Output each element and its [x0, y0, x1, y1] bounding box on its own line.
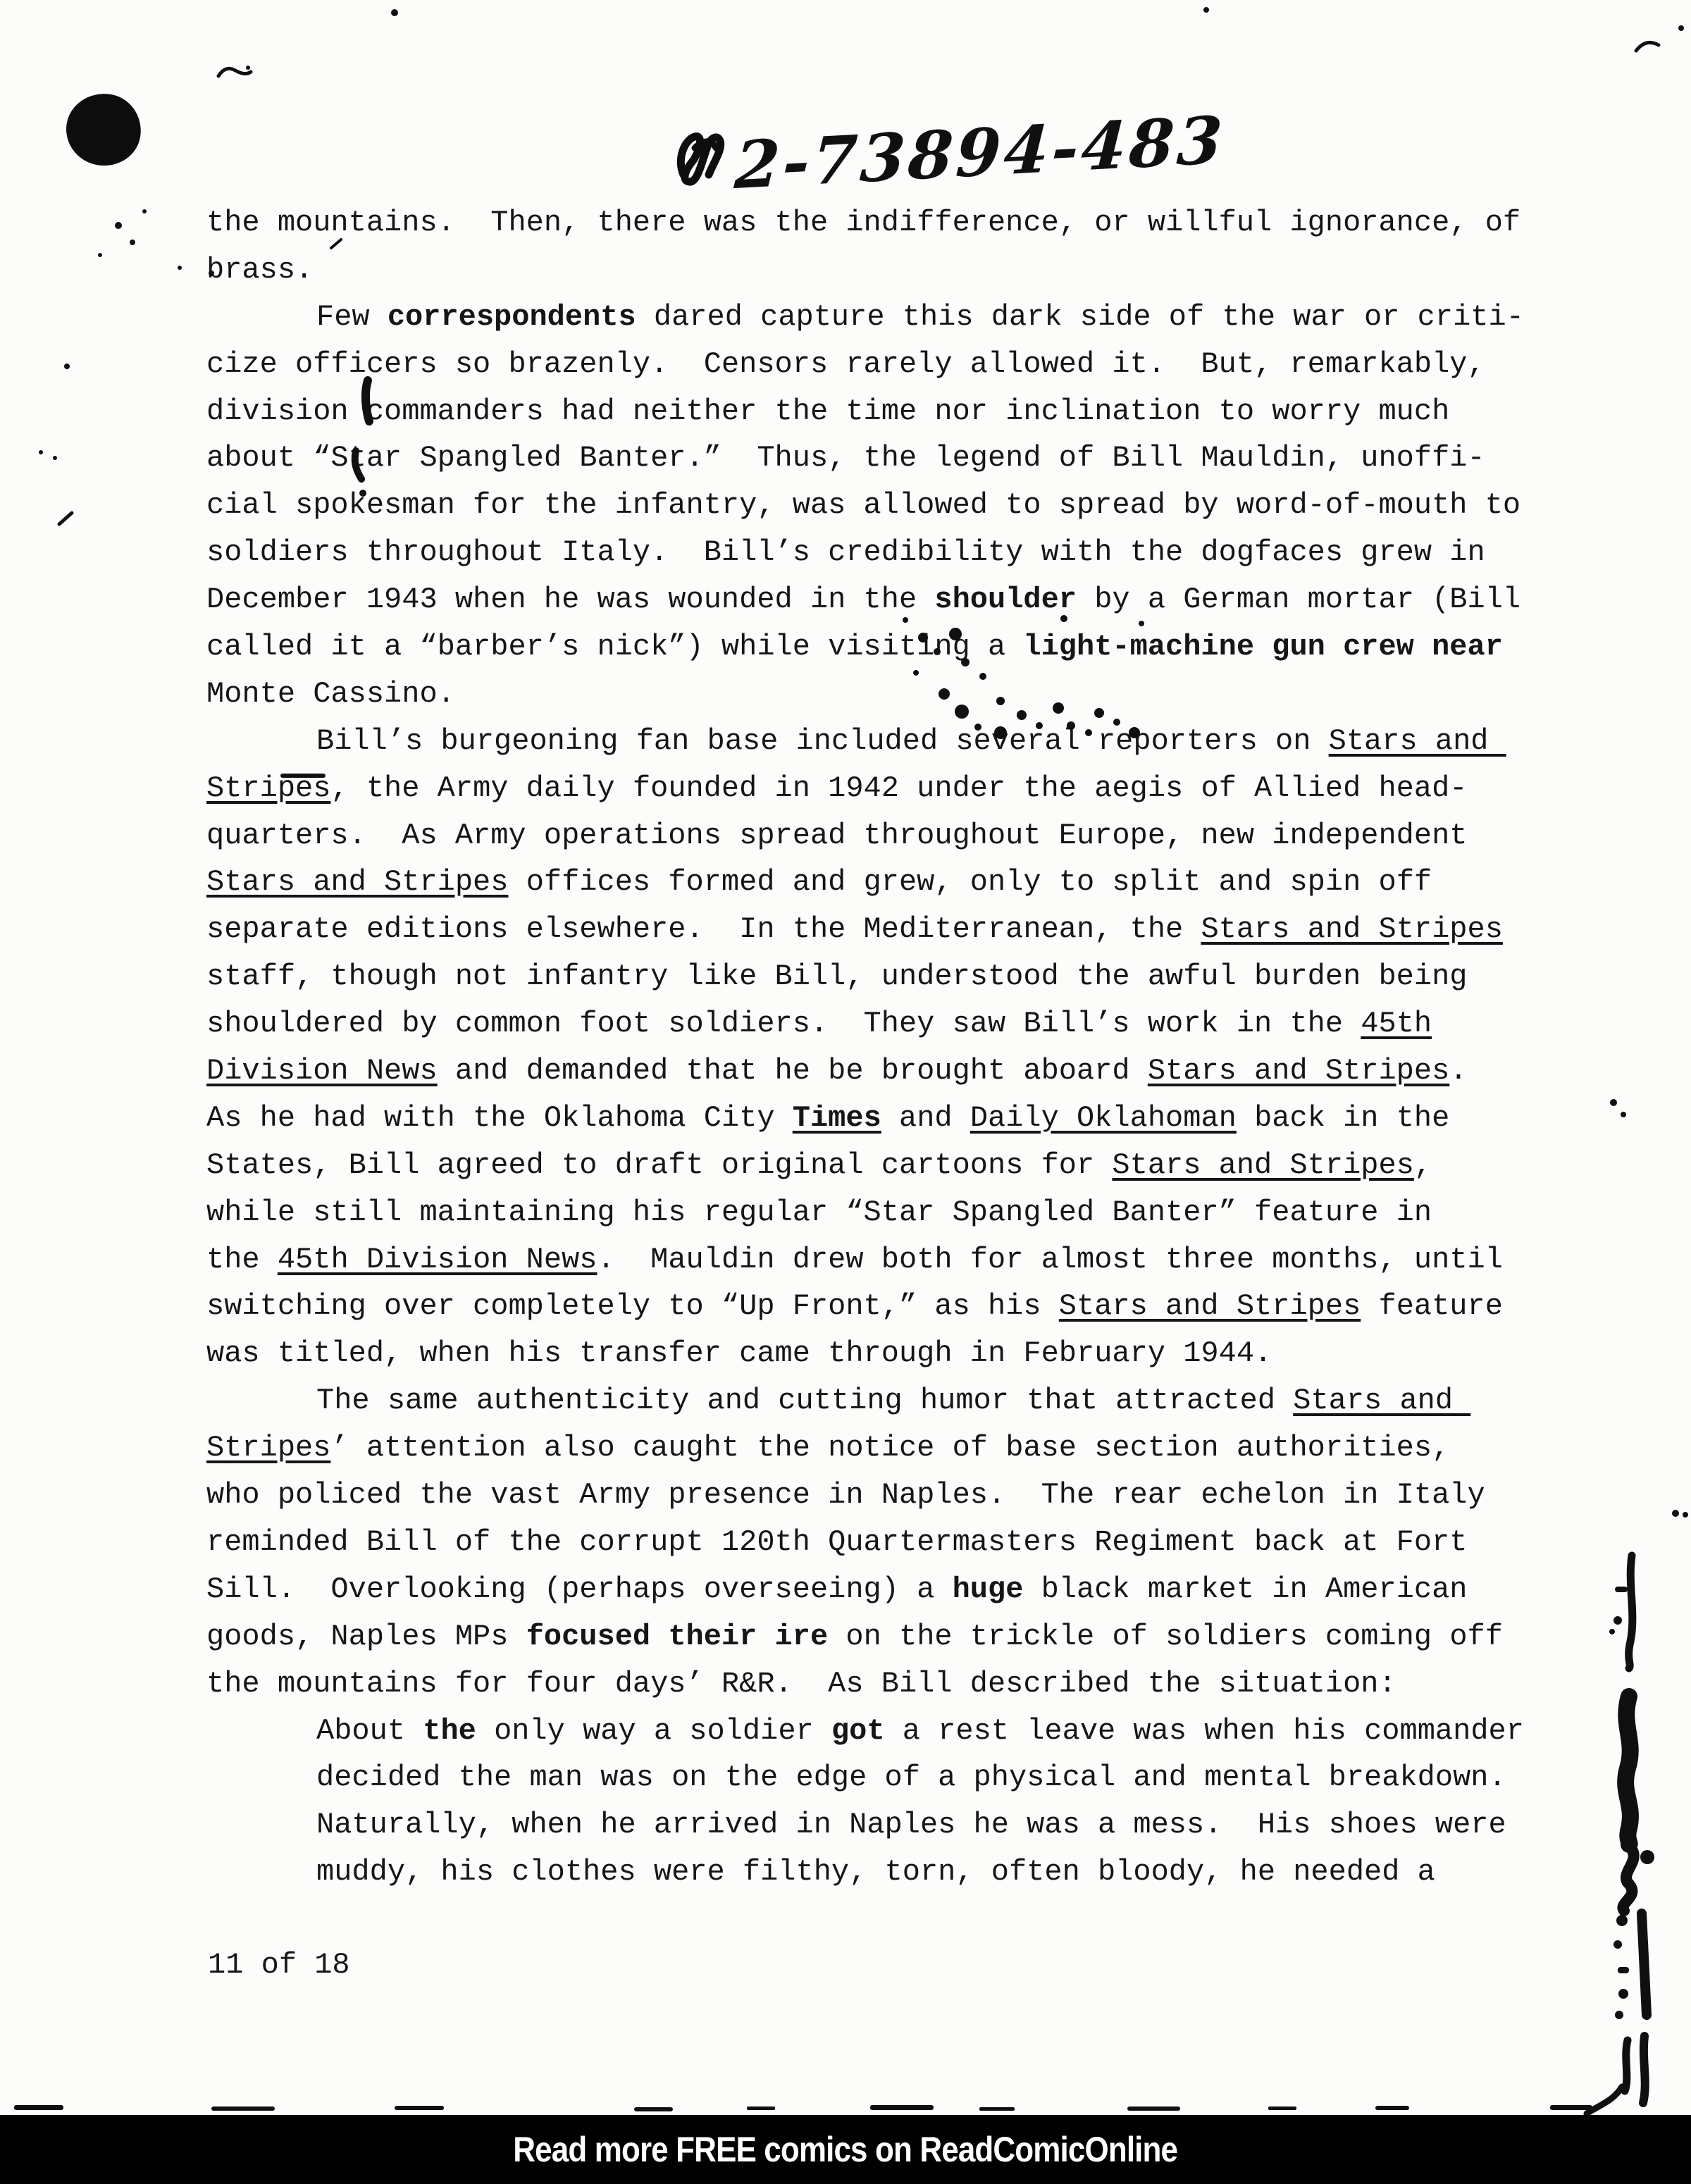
footer-banner-text: Read more FREE comics on ReadComicOnline	[514, 2129, 1178, 2170]
scanned-document-page: 2-73894-483 the mountains. Then, there w…	[0, 0, 1691, 2184]
scan-noise-marks	[0, 0, 1691, 2184]
footer-banner[interactable]: Read more FREE comics on ReadComicOnline	[0, 2115, 1691, 2184]
